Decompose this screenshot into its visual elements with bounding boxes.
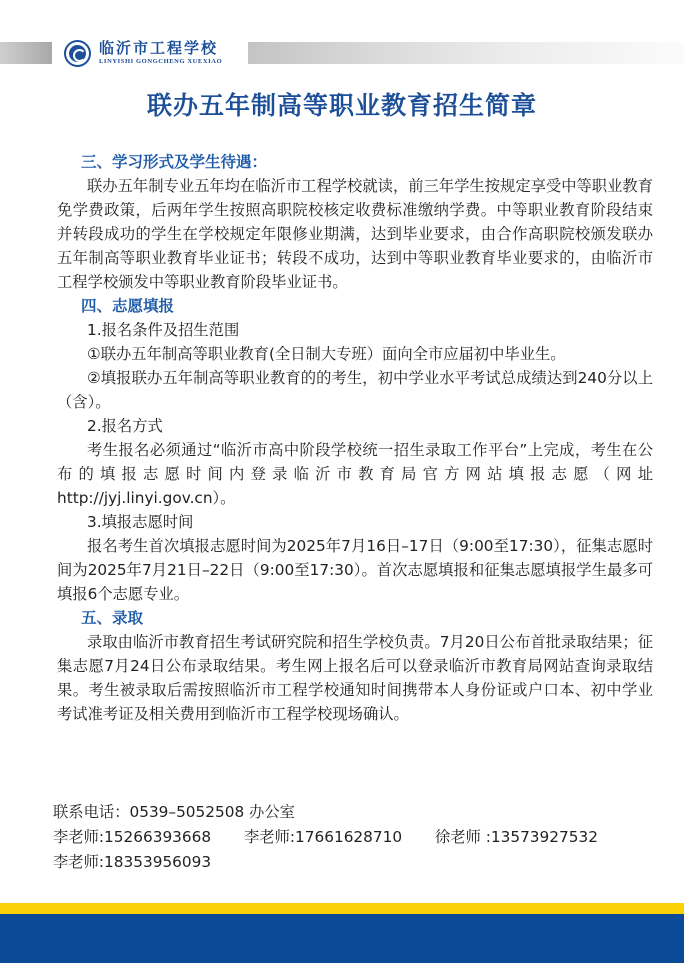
school-emblem-icon bbox=[64, 40, 91, 67]
teacher-phone-2: 李老师:17661628710 bbox=[244, 828, 402, 846]
teacher-phone-3: 徐老师 :13573927532 bbox=[435, 828, 598, 846]
teacher-phone-4: 李老师:18353956093 bbox=[53, 850, 673, 875]
teacher-phones-row: 李老师:15266393668 李老师:17661628710 徐老师 :135… bbox=[53, 825, 673, 850]
section-5-paragraph: 录取由临沂市教育招生考试研究院和招生学校负责。7月20日公布首批录取结果；征集志… bbox=[57, 630, 653, 726]
section-3-paragraph: 联办五年制专业五年均在临沂市工程学校就读，前三年学生按规定享受中等职业教育免学费… bbox=[57, 174, 653, 294]
school-logo: 临沂市工程学校 LINYISHI GONGCHENG XUEXIAO bbox=[64, 38, 222, 68]
school-name-en: LINYISHI GONGCHENG XUEXIAO bbox=[99, 59, 222, 66]
page-title: 联办五年制高等职业教育招生简章 bbox=[0, 86, 684, 122]
school-name-cn: 临沂市工程学校 bbox=[99, 41, 222, 56]
subsection-title-3: 3.填报志愿时间 bbox=[57, 510, 653, 534]
office-phone: 联系电话：0539–5052508 办公室 bbox=[53, 800, 673, 825]
teacher-phone-1: 李老师:15266393668 bbox=[53, 828, 211, 846]
subsection-1-item-1: ①联办五年制高等职业教育(全日制大专班）面向全市应届初中毕业生。 bbox=[57, 342, 653, 366]
section-heading-4: 四、志愿填报 bbox=[57, 294, 653, 318]
header-bar-right bbox=[248, 42, 684, 64]
subsection-1-item-2: ②填报联办五年制高等职业教育的的考生，初中学业水平考试总成绩达到240分以上（含… bbox=[57, 366, 653, 414]
document-body: 三、学习形式及学生待遇： 联办五年制专业五年均在临沂市工程学校就读，前三年学生按… bbox=[57, 150, 653, 726]
subsection-2-paragraph: 考生报名必须通过“临沂市高中阶段学校统一招生录取工作平台”上完成，考生在公布的填… bbox=[57, 438, 653, 510]
section-heading-3: 三、学习形式及学生待遇： bbox=[57, 150, 653, 174]
subsection-3-paragraph: 报名考生首次填报志愿时间为2025年7月16日–17日（9:00至17:30），… bbox=[57, 534, 653, 606]
header-bar-left bbox=[0, 42, 52, 64]
subsection-title-2: 2.报名方式 bbox=[57, 414, 653, 438]
footer-stripe-yellow bbox=[0, 903, 684, 914]
section-heading-5: 五、录取 bbox=[57, 606, 653, 630]
subsection-title-1: 1.报名条件及招生范围 bbox=[57, 318, 653, 342]
footer-band-blue bbox=[0, 914, 684, 963]
contact-info: 联系电话：0539–5052508 办公室 李老师:15266393668 李老… bbox=[53, 800, 673, 875]
